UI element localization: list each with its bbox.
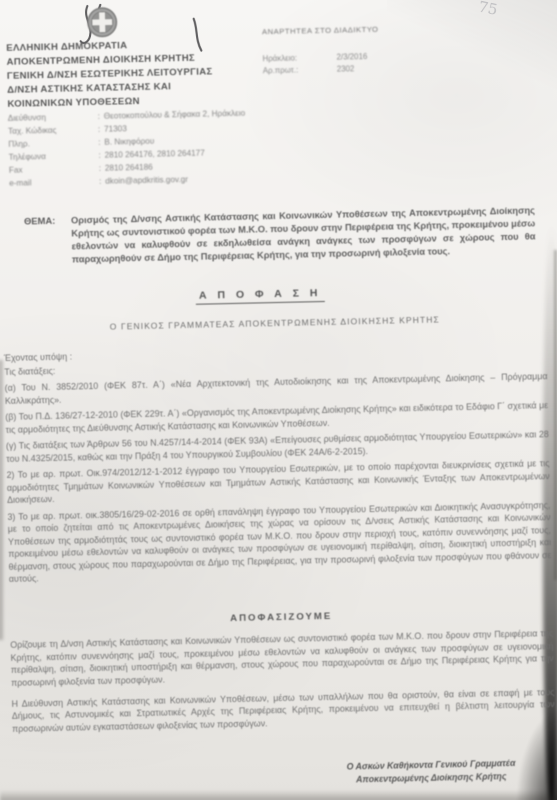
contact-value: dkoin@apdkritis.gov.gr xyxy=(105,173,188,188)
resolution-section: ΑΠΟΦΑΣΙΖΟΥΜΕ Ορίζουμε τη Δ/νση Αστικής Κ… xyxy=(10,606,555,735)
decision-item-2: 2) Το με αρ. πρωτ. Οικ.974/2012/12-1-201… xyxy=(6,457,550,506)
resolution-paragraph-2: Η Διεύθυνση Αστικής Κατάστασης και Κοινω… xyxy=(11,686,555,735)
contact-separator: : xyxy=(95,175,105,188)
contact-value: 71303 xyxy=(104,122,127,135)
decision-authority: Ο ΓΕΝΙΚΟΣ ΓΡΑΜΜΑΤΕΑΣ ΑΠΟΚΕΝΤΡΩΜΕΝΗΣ ΔΙΟΙ… xyxy=(3,311,546,335)
protocol-label: Αρ.πρωτ.: xyxy=(263,63,337,76)
handwritten-number: 75 xyxy=(477,0,499,19)
decision-item-3: 3) Το με αρ. πρωτ. οικ.3805/16/29-02-201… xyxy=(7,499,552,586)
date-value: 2/3/2016 xyxy=(336,51,367,63)
contact-value: Β. Νικηφόρου xyxy=(104,135,154,149)
contact-separator: : xyxy=(94,123,104,136)
contact-value: 2810 264186 xyxy=(105,161,153,175)
contact-separator: : xyxy=(94,110,104,123)
subject-label: ΘΕΜΑ: xyxy=(24,215,55,227)
contact-value: 2810 264176, 2810 264177 xyxy=(104,147,204,162)
resolution-paragraph-1: Ορίζουμε τη Δ/νση Αστικής Κατάστασης και… xyxy=(10,627,554,688)
ada-posted-label: ΑΝΑΡΤΗΤΕΑ ΣΤΟ ΔΙΑΔΙΚΤΥΟ xyxy=(262,22,482,36)
contact-separator: : xyxy=(94,136,104,149)
document-meta: ΑΝΑΡΤΗΤΕΑ ΣΤΟ ΔΙΑΔΙΚΤΥΟ Ηράκλειο: 2/3/20… xyxy=(262,22,483,76)
greek-national-emblem-icon xyxy=(86,6,118,38)
contact-separator: : xyxy=(94,149,104,162)
contact-label: e-mail xyxy=(9,175,95,190)
resolution-heading: ΑΠΟΦΑΣΙΖΟΥΜΕ xyxy=(10,606,553,630)
contact-block: Διεύθυνση : Θεοτοκοπούλου & Σήφακα 2, Ηρ… xyxy=(8,105,320,190)
subject-text: Ορισμός της Δ/νσης Αστικής Κατάστασης κα… xyxy=(71,204,536,266)
scanned-document-page: 75 ΕΛΛΗΝΙΚΗ ΔΗΜΟΚΡΑΤΙΑ ΑΠΟΚΕΝΤΡΩΜΕΝΗ ΔΙΟ… xyxy=(0,0,557,800)
document-sheet: 75 ΕΛΛΗΝΙΚΗ ΔΗΜΟΚΡΑΤΙΑ ΑΠΟΚΕΝΤΡΩΜΕΝΗ ΔΙΟ… xyxy=(0,0,557,800)
protocol-value: 2302 xyxy=(337,63,355,75)
decision-section: Α Π Ο Φ Α Σ Η Ο ΓΕΝΙΚΟΣ ΓΡΑΜΜΑΤΕΑΣ ΑΠΟΚΕ… xyxy=(3,282,552,585)
org-header: ΕΛΛΗΝΙΚΗ ΔΗΜΟΚΡΑΤΙΑ ΑΠΟΚΕΝΤΡΩΜΕΝΗ ΔΙΟΙΚΗ… xyxy=(6,36,285,112)
signature-block: Ο Ασκών Καθήκοντα Γενικού Γραμματέα Αποκ… xyxy=(310,756,552,786)
decision-heading: Α Π Ο Φ Α Σ Η xyxy=(196,287,325,304)
contact-separator: : xyxy=(95,162,105,175)
